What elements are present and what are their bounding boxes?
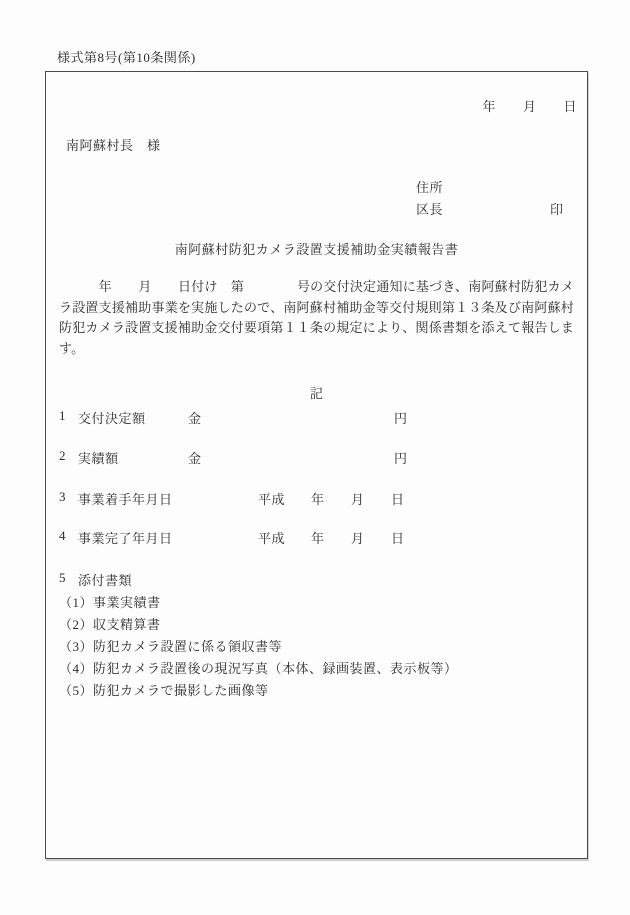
era-label: 平成 (258, 489, 285, 508)
item-number: 5 (59, 570, 66, 586)
item-row-actual-amount: 2 実績額 金 円 (46, 448, 587, 466)
attachment-item-5: （5）防犯カメラで撮影した画像等 (59, 680, 269, 699)
month-label: 月 (351, 528, 365, 547)
amount-suffix: 円 (394, 408, 408, 427)
item-number: 2 (59, 448, 66, 464)
document-title: 南阿蘇村防犯カメラ設置支援補助金実績報告書 (46, 239, 587, 258)
year-label: 年 (311, 489, 325, 508)
item-row-grant-amount: 1 交付決定額 金 円 (46, 408, 587, 426)
item-row-start-date: 3 事業着手年月日 平成 年 月 日 (46, 489, 587, 507)
year-label: 年 (311, 528, 325, 547)
amount-prefix: 金 (188, 448, 202, 467)
addressee: 南阿蘇村長 様 (66, 135, 161, 154)
ki-heading: 記 (46, 383, 587, 402)
item-label: 実績額 (78, 448, 119, 467)
document-border-box: 年 月 日 南阿蘇村長 様 住所 区長 印 南阿蘇村防犯カメラ設置支援補助金実績… (45, 71, 588, 859)
page: { "page": { "form_label": "様式第8号(第10条関係)… (0, 0, 630, 915)
item-number: 3 (59, 489, 66, 505)
day-label: 日 (391, 489, 405, 508)
item-row-end-date: 4 事業完了年月日 平成 年 月 日 (46, 528, 587, 546)
attachment-item-1: （1）事業実績書 (59, 592, 161, 611)
item-label: 事業完了年月日 (78, 528, 173, 547)
attachment-item-4: （4）防犯カメラ設置後の現況写真（本体、録画装置、表示板等） (59, 658, 458, 677)
date-line: 年 月 日 (482, 96, 577, 115)
item-row-attachments-heading: 5 添付書類 (46, 570, 587, 588)
body-paragraph: 年 月 日付け 第 号の交付決定通知に基づき、南阿蘇村防犯カメラ設置支援補助事業… (59, 277, 574, 359)
seal-label: 印 (550, 199, 564, 218)
attachment-item-3: （3）防犯カメラ設置に係る領収書等 (59, 636, 282, 655)
item-label: 添付書類 (78, 570, 132, 589)
month-label: 月 (351, 489, 365, 508)
sender-chief-label: 区長 (416, 199, 443, 218)
era-label: 平成 (258, 528, 285, 547)
sender-address-label: 住所 (416, 177, 443, 196)
attachment-item-2: （2）収支精算書 (59, 614, 161, 633)
form-number-label: 様式第8号(第10条関係) (57, 47, 196, 66)
amount-prefix: 金 (188, 408, 202, 427)
day-label: 日 (391, 528, 405, 547)
item-number: 4 (59, 528, 66, 544)
item-number: 1 (59, 408, 66, 424)
amount-suffix: 円 (394, 448, 408, 467)
item-label: 事業着手年月日 (78, 489, 173, 508)
item-label: 交付決定額 (78, 408, 146, 427)
